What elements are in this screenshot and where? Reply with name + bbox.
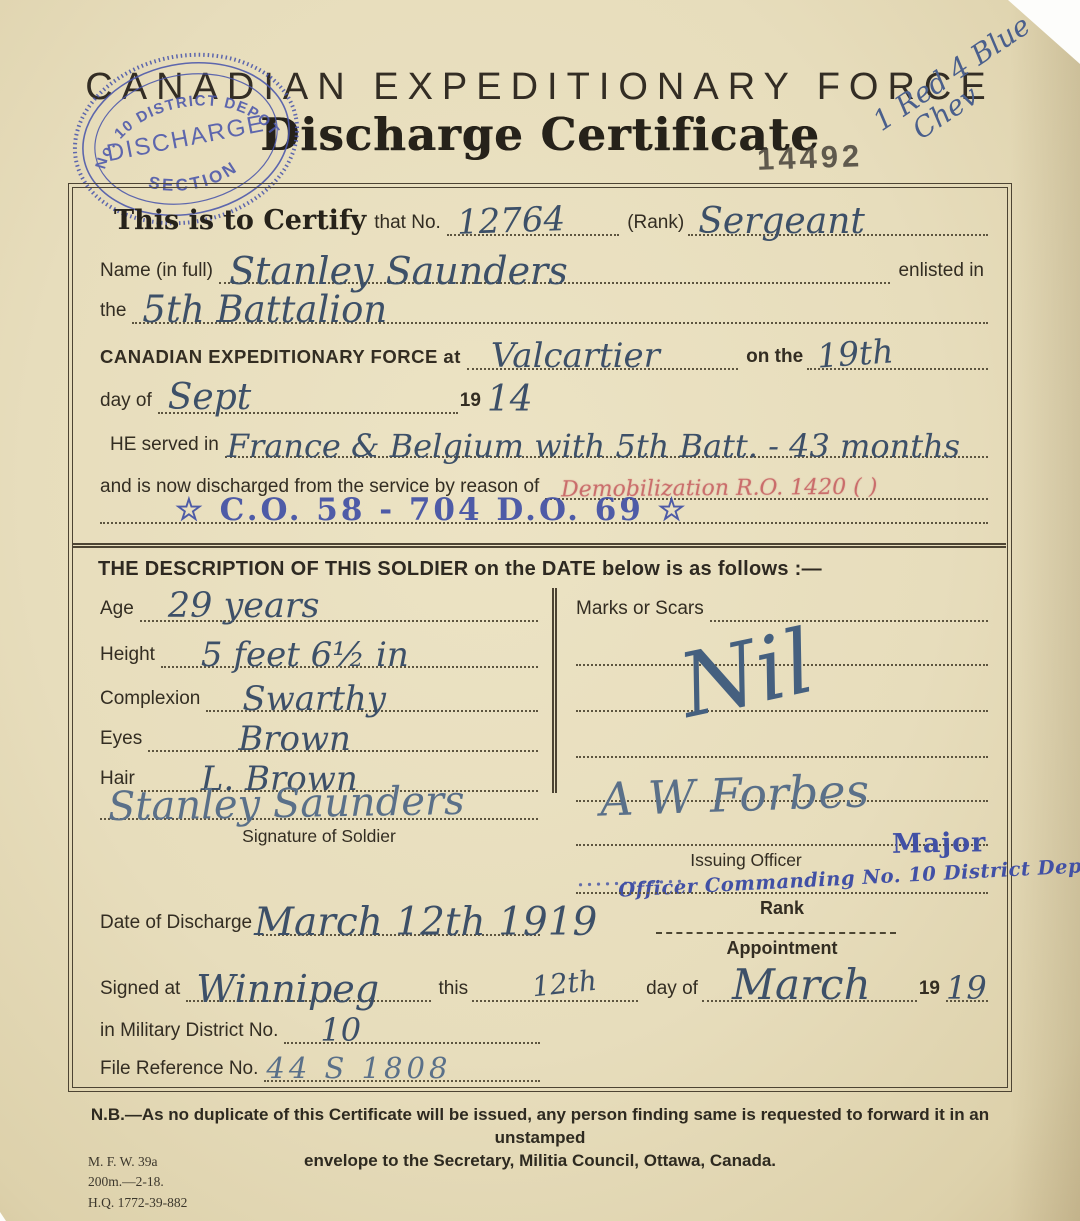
certify-lead: This is to Certify xyxy=(100,205,374,236)
print-mark-run: 200m.—2-18. xyxy=(88,1172,187,1192)
this-label: this xyxy=(431,978,473,1002)
soldier-signature: Stanley Saunders xyxy=(108,781,465,827)
cef-at-label: CANADIAN EXPEDITIONARY FORCE at xyxy=(100,346,467,370)
service-number-field: 12764 xyxy=(447,196,619,236)
marks-field xyxy=(710,586,988,622)
name-label: Name (in full) xyxy=(100,260,219,284)
nb-note: N.B.—As no duplicate of this Certificate… xyxy=(80,1104,1000,1173)
signed-at-value: Winnipeg xyxy=(196,970,379,1008)
file-label: File Reference No. xyxy=(100,1058,264,1082)
name-value: Stanley Saunders xyxy=(229,252,568,290)
enlist-day-value: 19th xyxy=(816,334,895,372)
closing-year-field: 19 xyxy=(946,964,988,1002)
rank-field: Sergeant xyxy=(688,196,988,236)
military-district-row: in Military District No. 10 xyxy=(100,1010,540,1044)
rank-value: Sergeant xyxy=(698,204,865,240)
service-number-value: 12764 xyxy=(456,202,565,240)
district-label: in Military District No. xyxy=(100,1020,284,1044)
age-value: 29 years xyxy=(168,589,320,624)
enlist-month-field: Sept xyxy=(158,376,458,414)
discharge-date-label: Date of Discharge xyxy=(100,912,258,936)
enlist-place-field: Valcartier xyxy=(467,332,738,370)
day-of-label: day of xyxy=(100,390,158,414)
stamped-serial-number: 14492 xyxy=(756,138,863,178)
enlist-place-value: Valcartier xyxy=(491,339,660,373)
enlist-year-prefix: 19 xyxy=(458,390,487,414)
rank-caption: Rank xyxy=(576,898,988,919)
closing-month-value: March xyxy=(732,964,871,1006)
enlisted-in-label: enlisted in xyxy=(890,260,988,284)
discharge-date-field: March 12th 1919 xyxy=(258,898,540,936)
discharge-date-row: Date of Discharge March 12th 1919 xyxy=(100,900,540,936)
complexion-row: Complexion Swarthy xyxy=(100,678,538,712)
scanned-discharge-certificate: CANADIAN EXPEDITIONARY FORCE Discharge C… xyxy=(0,0,1080,1221)
height-row: Height 5 feet 6½ in xyxy=(100,634,538,668)
marks-value-nil: Nil xyxy=(672,617,821,731)
enlist-day-field: 19th xyxy=(807,332,988,370)
signed-at-field: Winnipeg xyxy=(186,964,430,1002)
certify-line-number-rank: This is to Certify that No. 12764 (Rank)… xyxy=(100,198,988,236)
eyes-row: Eyes Brown xyxy=(100,718,538,752)
marks-label: Marks or Scars xyxy=(576,598,710,622)
certify-line-unit: the 5th Battalion xyxy=(100,288,988,324)
certify-line-name: Name (in full) Stanley Saunders enlisted… xyxy=(100,246,988,284)
marks-rule-4 xyxy=(576,756,988,758)
closing-month-field: March xyxy=(702,964,917,1002)
served-value: France & Belgium with 5th Batt. - 43 mon… xyxy=(227,430,960,462)
eyes-field: Brown xyxy=(148,716,538,752)
complexion-field: Swarthy xyxy=(206,676,538,712)
nb-note-line1: N.B.—As no duplicate of this Certificate… xyxy=(80,1104,1000,1150)
unit-field: 5th Battalion xyxy=(132,286,988,324)
description-heading: THE DESCRIPTION OF THIS SOLDIER on the D… xyxy=(98,558,822,581)
enlist-month-value: Sept xyxy=(168,380,251,416)
appointment-caption: Appointment xyxy=(576,938,988,959)
enlist-year-field: 14 xyxy=(487,378,547,414)
file-reference-row: File Reference No. 44 S 1808 xyxy=(100,1048,540,1082)
signed-at-row: Signed at Winnipeg this 12th day of Marc… xyxy=(100,966,988,1002)
served-label: HE served in xyxy=(100,434,225,458)
this-day-value: 12th xyxy=(531,967,598,1002)
rank-label: (Rank) xyxy=(619,212,688,236)
file-field: 44 S 1808 xyxy=(264,1046,540,1082)
age-label: Age xyxy=(100,598,140,622)
eyes-label: Eyes xyxy=(100,728,148,752)
district-field: 10 xyxy=(284,1008,540,1044)
rank-rule xyxy=(576,892,988,894)
served-field: France & Belgium with 5th Batt. - 43 mon… xyxy=(225,418,988,458)
complexion-label: Complexion xyxy=(100,688,206,712)
eyes-value: Brown xyxy=(238,722,351,756)
the-label: the xyxy=(100,300,132,324)
this-day-field: 12th xyxy=(472,964,638,1002)
oval-stamp-middle-text: DISCHARGE xyxy=(104,110,267,167)
age-field: 29 years xyxy=(140,586,538,622)
age-row: Age 29 years xyxy=(100,588,538,622)
certify-line-place: CANADIAN EXPEDITIONARY FORCE at Valcarti… xyxy=(100,334,988,370)
complexion-value: Swarthy xyxy=(242,682,386,716)
appointment-rule xyxy=(656,932,896,934)
nb-note-line2: envelope to the Secretary, Militia Counc… xyxy=(80,1150,1000,1173)
closing-day-of-label: day of xyxy=(638,978,702,1002)
unit-value: 5th Battalion xyxy=(142,291,387,328)
closing-year-prefix: 19 xyxy=(917,978,946,1002)
on-the-label: on the xyxy=(738,346,807,370)
soldier-signature-caption: Signature of Soldier xyxy=(100,826,538,847)
issuing-officer-signature: A W Forbes xyxy=(599,767,870,822)
certify-line-served: HE served in France & Belgium with 5th B… xyxy=(100,420,988,458)
that-no-label: that No. xyxy=(374,212,447,236)
district-value: 10 xyxy=(320,1014,361,1046)
height-label: Height xyxy=(100,644,161,668)
column-divider xyxy=(552,588,557,793)
enlist-year-value: 14 xyxy=(487,382,533,418)
closing-year-value: 19 xyxy=(946,972,987,1004)
print-mark-form: M. F. W. 39a xyxy=(88,1152,187,1172)
printers-marks: M. F. W. 39a 200m.—2-18. H.Q. 1772-39-88… xyxy=(88,1152,187,1213)
height-value: 5 feet 6½ in xyxy=(201,638,409,672)
file-value: 44 S 1808 xyxy=(266,1054,451,1083)
signed-at-label: Signed at xyxy=(100,978,186,1002)
discharge-date-value: March 12th 1919 xyxy=(254,903,597,942)
section-divider-rule xyxy=(72,543,1006,548)
print-mark-hq: H.Q. 1772-39-882 xyxy=(88,1193,187,1213)
co-do-stamp: ☆ C.O. 58 - 704 D.O. 69 ☆ xyxy=(175,492,688,528)
certify-line-date: day of Sept 19 14 xyxy=(100,378,988,414)
name-field: Stanley Saunders xyxy=(219,244,890,284)
height-field: 5 feet 6½ in xyxy=(161,632,538,668)
